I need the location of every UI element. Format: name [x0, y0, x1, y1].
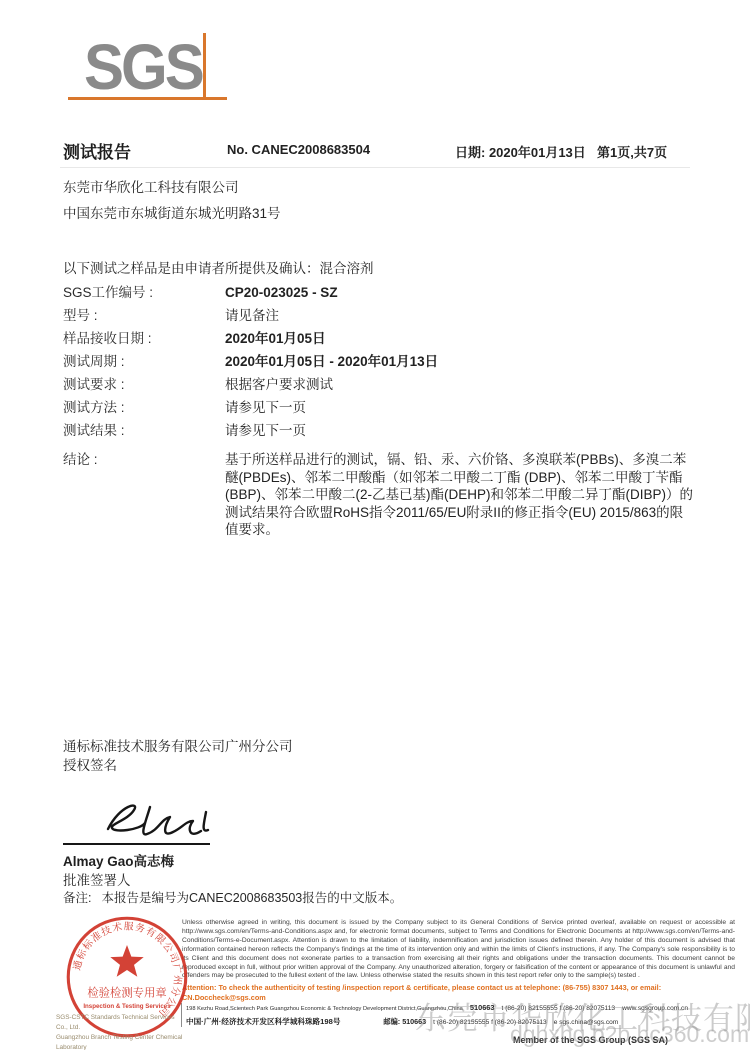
stamp-center-en: Inspection & Testing Services — [83, 1003, 171, 1010]
field-row-job-no: SGS工作编号 : CP20-023025 - SZ — [63, 284, 695, 301]
applicant-name: 东莞市华欣化工科技有限公司 — [63, 175, 281, 201]
page-indicator: 第1页,共7页 — [597, 142, 667, 161]
remark-row: 备注: 本报告是编号为CANEC2008683503报告的中文版本。 — [63, 888, 402, 906]
stamp-star-icon — [110, 945, 143, 977]
report-date: 日期: 2020年01月13日 — [455, 142, 586, 161]
field-row-model: 型号 : 请见备注 — [63, 307, 695, 324]
lab-caption-line1: SGS-CSTC Standards Technical Services Co… — [56, 1013, 186, 1033]
signer-title: 批准签署人 — [63, 869, 131, 889]
logo-vertical-accent — [203, 33, 206, 100]
header-divider — [60, 167, 690, 168]
lab-caption-line2: Guangzhou Branch Testing Center Chemical… — [56, 1033, 186, 1050]
applicant-address: 中国东莞市东城街道东城光明路31号 — [63, 201, 281, 227]
field-row-test-request: 测试要求 : 根据客户要求测试 — [63, 376, 695, 393]
field-value: 请见备注 — [225, 307, 693, 324]
test-report-page: SGS 测试报告 No. CANEC2008683504 日期: 2020年01… — [0, 0, 750, 1050]
field-label: 测试要求 : — [63, 376, 225, 393]
address-cn: 中国·广州·经济技术开发区科学城科珠路198号 — [186, 1016, 340, 1027]
field-label: 型号 : — [63, 307, 225, 324]
issuer-block: 通标标准技术服务有限公司广州分公司 授权签名 — [63, 737, 293, 775]
field-label: 样品接收日期 : — [63, 330, 225, 347]
field-row-test-period: 测试周期 : 2020年01月05日 - 2020年01月13日 — [63, 353, 695, 370]
conclusion-text: 基于所送样品进行的测试，镉、铅、汞、六价铬、多溴联苯(PBBs)、多溴二苯醚(P… — [225, 451, 693, 539]
sgs-logo: SGS — [84, 36, 202, 100]
report-number: No. CANEC2008683504 — [227, 142, 370, 157]
sample-statement: 以下测试之样品是由申请者所提供及确认：混合溶剂 — [63, 257, 374, 277]
applicant-block: 东莞市华欣化工科技有限公司 中国东莞市东城街道东城光明路31号 — [63, 175, 281, 227]
field-value: 根据客户要求测试 — [225, 376, 693, 393]
authorized-signature-label: 授权签名 — [63, 756, 293, 775]
field-row-received-date: 样品接收日期 : 2020年01月05日 — [63, 330, 695, 347]
field-value: 2020年01月05日 - 2020年01月13日 — [225, 353, 693, 370]
lab-caption: SGS-CSTC Standards Technical Services Co… — [56, 1013, 186, 1050]
field-value: CP20-023025 - SZ — [225, 284, 693, 301]
report-title: 测试报告 — [63, 138, 131, 163]
field-value: 2020年01月05日 — [225, 330, 693, 347]
stamp-center-cn: 检验检测专用章 — [87, 986, 166, 1000]
field-label: 测试方法 : — [63, 399, 225, 416]
field-value: 请参见下一页 — [225, 422, 693, 439]
field-label: 测试周期 : — [63, 353, 225, 370]
signature-rule — [63, 843, 210, 845]
field-row-test-method: 测试方法 : 请参见下一页 — [63, 399, 695, 416]
legal-disclaimer: Unless otherwise agreed in writing, this… — [182, 919, 735, 981]
field-row-test-result: 测试结果 : 请参见下一页 — [63, 422, 695, 439]
field-label: 测试结果 : — [63, 422, 225, 439]
report-fields: SGS工作编号 : CP20-023025 - SZ 型号 : 请见备注 样品接… — [63, 284, 695, 545]
remark-label: 备注: — [63, 888, 91, 906]
issuer-company: 通标标准技术服务有限公司广州分公司 — [63, 737, 293, 756]
signer-name: Almay Gao高志梅 — [63, 850, 174, 870]
field-row-conclusion: 结论 : 基于所送样品进行的测试，镉、铅、汞、六价铬、多溴联苯(PBBs)、多溴… — [63, 451, 695, 539]
field-label: SGS工作编号 : — [63, 284, 225, 301]
field-value: 请参见下一页 — [225, 399, 693, 416]
watermark-url: dghxhg.b2b.hc360.com — [510, 1021, 749, 1048]
field-label: 结论 : — [63, 451, 225, 539]
remark-text: 本报告是编号为CANEC2008683503报告的中文版本。 — [101, 888, 402, 906]
